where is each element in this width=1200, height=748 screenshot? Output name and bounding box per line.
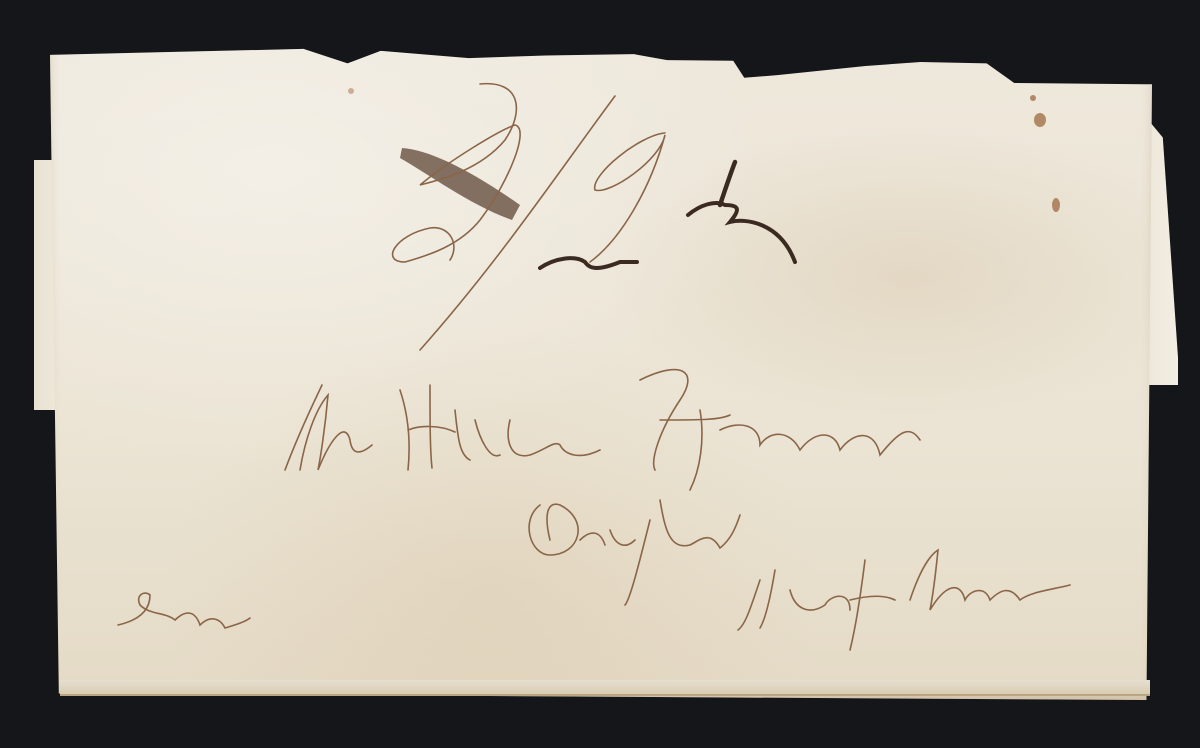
letter-photo: 2/2 Mr William Stephenson Douglas Isle o… (0, 0, 1200, 748)
